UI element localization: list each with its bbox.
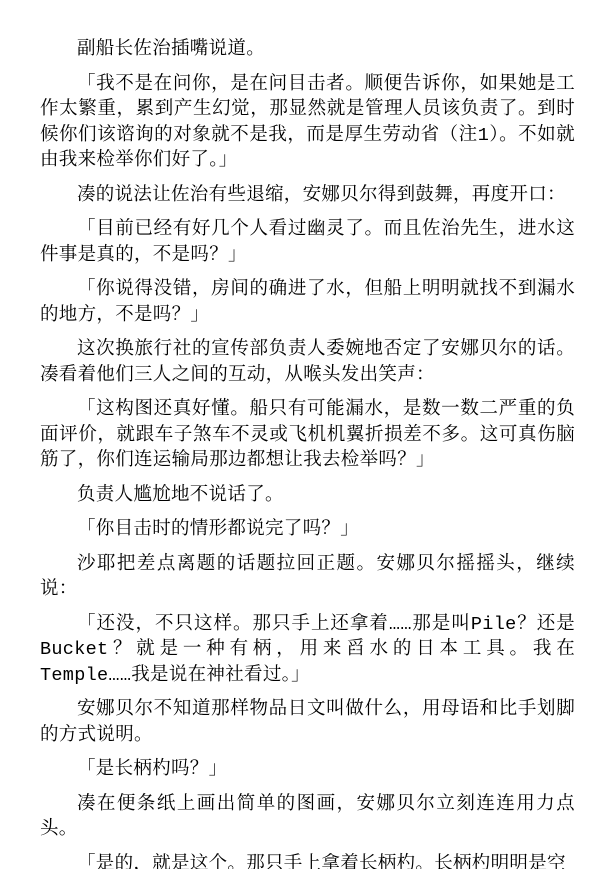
paragraph: 「是的，就是这个。那只手上拿着长柄杓。长柄杓明明是空 bbox=[40, 852, 575, 869]
paragraph: 安娜贝尔不知道那样物品日文叫做什么，用母语和比手划脚的方式说明。 bbox=[40, 697, 575, 748]
paragraph: 「还没，不只这样。那只手上还拿着……那是叫Pile？还是Bucket？就是一种有… bbox=[40, 612, 575, 689]
paragraph: 负责人尴尬地不说话了。 bbox=[40, 483, 575, 509]
novel-page: 副船长佐治插嘴说道。「我不是在问你，是在问目击者。顺便告诉你，如果她是工作太繁重… bbox=[0, 0, 613, 869]
paragraph: 凑在便条纸上画出简单的图画，安娜贝尔立刻连连用力点头。 bbox=[40, 792, 575, 843]
paragraph: 「这构图还真好懂。船只有可能漏水，是数一数二严重的负面评价，就跟车子煞车不灵或飞… bbox=[40, 397, 575, 474]
paragraph: 凑的说法让佐治有些退缩，安娜贝尔得到鼓舞，再度开口： bbox=[40, 183, 575, 209]
paragraph: 「我不是在问你，是在问目击者。顺便告诉你，如果她是工作太繁重，累到产生幻觉，那显… bbox=[40, 72, 575, 174]
paragraph: 「你目击时的情形都说完了吗？」 bbox=[40, 517, 575, 543]
paragraph: 沙耶把差点离题的话题拉回正题。安娜贝尔摇摇头，继续说： bbox=[40, 552, 575, 603]
paragraph: 副船长佐治插嘴说道。 bbox=[40, 37, 575, 63]
paragraph: 「是长柄杓吗？」 bbox=[40, 757, 575, 783]
paragraph: 「目前已经有好几个人看过幽灵了。而且佐治先生，进水这件事是真的，不是吗？」 bbox=[40, 217, 575, 268]
paragraph: 这次换旅行社的宣传部负责人委婉地否定了安娜贝尔的话。凑看着他们三人之间的互动，从… bbox=[40, 337, 575, 388]
page-text: 副船长佐治插嘴说道。「我不是在问你，是在问目击者。顺便告诉你，如果她是工作太繁重… bbox=[40, 37, 575, 869]
document-page-background: { "page": { "background": "#ffffff", "te… bbox=[0, 0, 613, 869]
paragraph: 「你说得没错，房间的确进了水，但船上明明就找不到漏水的地方，不是吗？」 bbox=[40, 277, 575, 328]
